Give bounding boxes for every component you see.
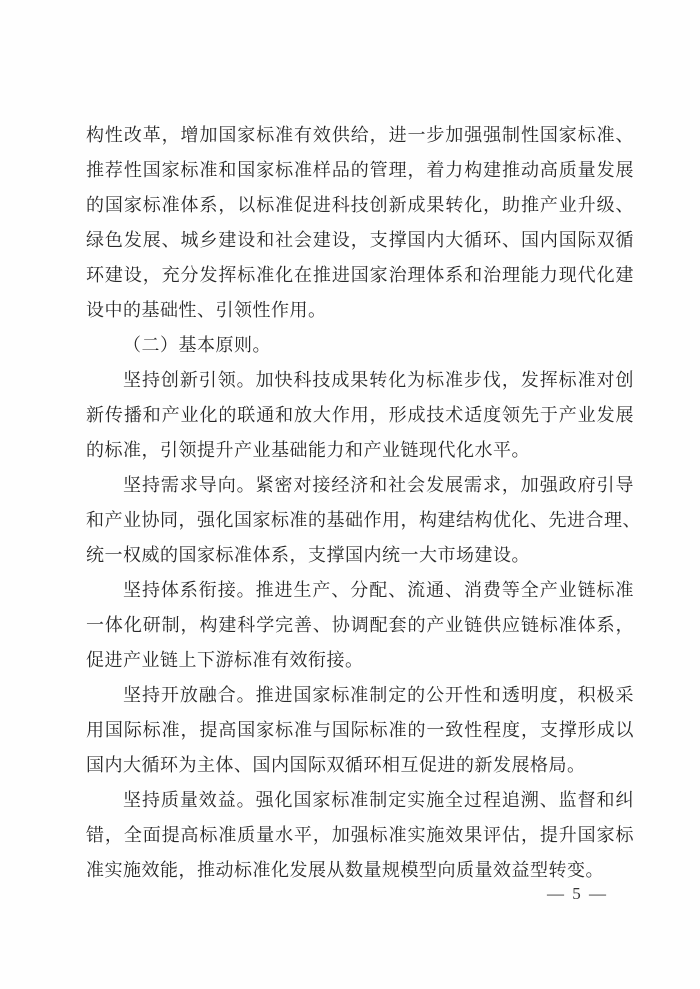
text-line: 坚持质量效益。强化国家标准制定实施全过程追溯、监督和纠	[86, 783, 634, 818]
text-line: 统一权威的国家标准体系，支撑国内统一大市场建设。	[86, 538, 634, 573]
text-line: 环建设，充分发挥标准化在推进国家治理体系和治理能力现代化建	[86, 258, 634, 293]
text-line: 错，全面提高标准质量水平，加强标准实施效果评估，提升国家标	[86, 818, 634, 853]
text-line: 和产业协同，强化国家标准的基础作用，构建结构优化、先进合理、	[86, 503, 634, 538]
text-line: 绿色发展、城乡建设和社会建设，支撑国内大循环、国内国际双循	[86, 223, 634, 258]
text-line: 促进产业链上下游标准有效衔接。	[86, 643, 634, 678]
document-page: 构性改革，增加国家标准有效供给，进一步加强强制性国家标准、推荐性国家标准和国家标…	[0, 0, 700, 989]
text-line: 准实施效能，推动标准化发展从数量规模型向质量效益型转变。	[86, 853, 634, 888]
text-line: 的标准，引领提升产业基础能力和产业链现代化水平。	[86, 433, 634, 468]
text-line: 的国家标准体系，以标准促进科技创新成果转化，助推产业升级、	[86, 188, 634, 223]
text-line: 新传播和产业化的联通和放大作用，形成技术适度领先于产业发展	[86, 398, 634, 433]
text-line: 坚持开放融合。推进国家标准制定的公开性和透明度，积极采	[86, 678, 634, 713]
text-line: 用国际标准，提高国家标准与国际标准的一致性程度，支撑形成以	[86, 713, 634, 748]
text-line: 坚持需求导向。紧密对接经济和社会发展需求，加强政府引导	[86, 468, 634, 503]
text-line: 国内大循环为主体、国内国际双循环相互促进的新发展格局。	[86, 748, 634, 783]
text-line: 构性改革，增加国家标准有效供给，进一步加强强制性国家标准、	[86, 118, 634, 153]
text-line: （二）基本原则。	[86, 328, 634, 363]
text-line: 一体化研制，构建科学完善、协调配套的产业链供应链标准体系，	[86, 608, 634, 643]
text-line: 推荐性国家标准和国家标准样品的管理，着力构建推动高质量发展	[86, 153, 634, 188]
document-text-block: 构性改革，增加国家标准有效供给，进一步加强强制性国家标准、推荐性国家标准和国家标…	[86, 118, 634, 888]
text-line: 坚持创新引领。加快科技成果转化为标准步伐，发挥标准对创	[86, 363, 634, 398]
text-line: 设中的基础性、引领性作用。	[86, 293, 634, 328]
text-line: 坚持体系衔接。推进生产、分配、流通、消费等全产业链标准	[86, 573, 634, 608]
page-number: — 5 —	[86, 884, 634, 904]
